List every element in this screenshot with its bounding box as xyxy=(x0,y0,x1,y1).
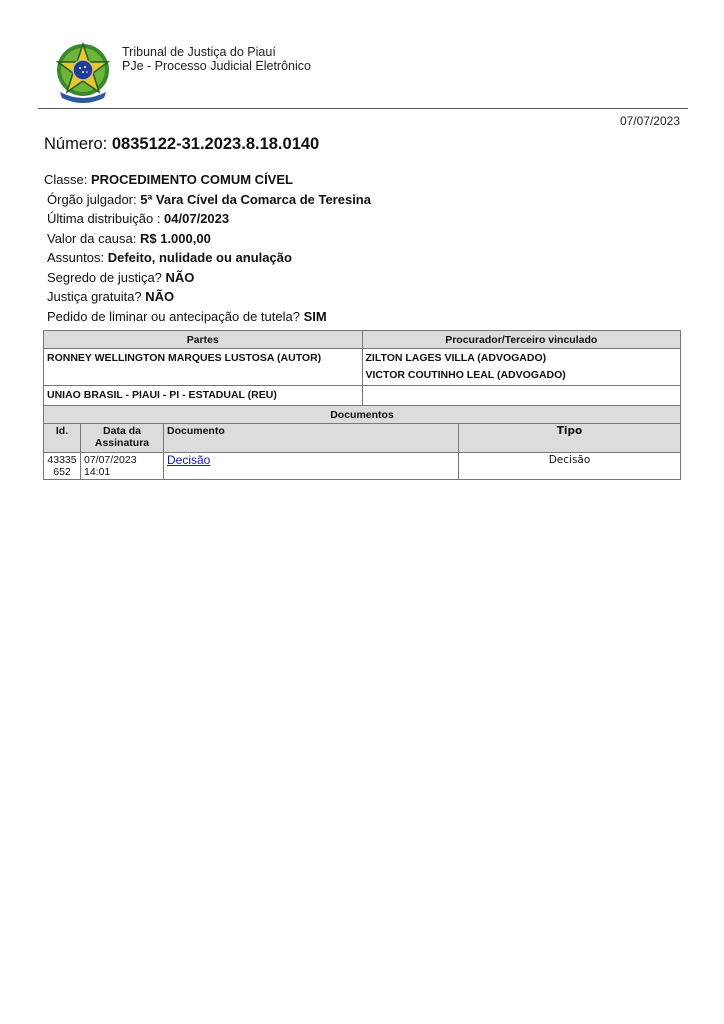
field-pedido-liminar: Pedido de liminar ou antecipação de tute… xyxy=(44,307,371,327)
procurador-cell xyxy=(362,386,681,406)
field-label: Última distribuição : xyxy=(47,211,164,226)
field-label: Órgão julgador: xyxy=(47,192,140,207)
field-segredo-justica: Segredo de justiça? NÃO xyxy=(44,268,371,288)
tipo-header: Tipo xyxy=(459,424,681,453)
procurador-cell: ZILTON LAGES VILLA (ADVOGADO) VICTOR COU… xyxy=(362,349,681,386)
field-ultima-distribuicao: Última distribuição : 04/07/2023 xyxy=(44,209,371,229)
field-value: 04/07/2023 xyxy=(164,211,229,226)
system-name: PJe - Processo Judicial Eletrônico xyxy=(122,59,311,73)
process-fields: Classe: PROCEDIMENTO COMUM CÍVEL Órgão j… xyxy=(44,170,371,326)
id-cell: 43335 652 xyxy=(44,453,81,480)
table-row: RONNEY WELLINGTON MARQUES LUSTOSA (AUTOR… xyxy=(44,349,681,386)
field-label: Segredo de justiça? xyxy=(47,270,166,285)
field-label: Justiça gratuita? xyxy=(47,289,145,304)
field-value: NÃO xyxy=(145,289,174,304)
process-number-label: Número: xyxy=(44,135,112,153)
documentos-title-row: Documentos xyxy=(44,406,681,424)
field-value: NÃO xyxy=(166,270,195,285)
header-divider xyxy=(38,108,688,109)
field-classe: Classe: PROCEDIMENTO COMUM CÍVEL xyxy=(44,170,371,190)
procurador-name: VICTOR COUTINHO LEAL (ADVOGADO) xyxy=(366,367,678,384)
table-row: UNIAO BRASIL - PIAUI - PI - ESTADUAL (RE… xyxy=(44,386,681,406)
parte-cell: RONNEY WELLINGTON MARQUES LUSTOSA (AUTOR… xyxy=(44,349,363,386)
documentos-table: Documentos Id. Data da Assinatura Docume… xyxy=(43,405,681,480)
partes-header-row: Partes Procurador/Terceiro vinculado xyxy=(44,331,681,349)
partes-header: Partes xyxy=(44,331,363,349)
field-value: Defeito, nulidade ou anulação xyxy=(108,250,292,265)
data-header: Data da Assinatura xyxy=(81,424,164,453)
court-name: Tribunal de Justiça do Piauí xyxy=(122,45,311,59)
field-valor-causa: Valor da causa: R$ 1.000,00 xyxy=(44,229,371,249)
print-date: 07/07/2023 xyxy=(620,114,680,128)
documento-header: Documento xyxy=(164,424,459,453)
institution-name: Tribunal de Justiça do Piauí PJe - Proce… xyxy=(122,45,311,73)
documentos-title: Documentos xyxy=(44,406,681,424)
data-cell: 07/07/2023 14:01 xyxy=(81,453,164,480)
documento-link[interactable]: Decisão xyxy=(167,453,210,467)
field-value: 5ª Vara Cível da Comarca de Teresina xyxy=(140,192,371,207)
field-value: SIM xyxy=(304,309,327,324)
parte-cell: UNIAO BRASIL - PIAUI - PI - ESTADUAL (RE… xyxy=(44,386,363,406)
documentos-header-row: Id. Data da Assinatura Documento Tipo xyxy=(44,424,681,453)
brazil-coat-of-arms-icon xyxy=(52,40,114,106)
field-label: Valor da causa: xyxy=(47,231,140,246)
procurador-header: Procurador/Terceiro vinculado xyxy=(362,331,681,349)
field-label: Assuntos: xyxy=(47,250,108,265)
field-orgao-julgador: Órgão julgador: 5ª Vara Cível da Comarca… xyxy=(44,190,371,210)
field-label: Pedido de liminar ou antecipação de tute… xyxy=(47,309,304,324)
id-header: Id. xyxy=(44,424,81,453)
field-assuntos: Assuntos: Defeito, nulidade ou anulação xyxy=(44,248,371,268)
process-number: Número: 0835122-31.2023.8.18.0140 xyxy=(44,135,319,154)
table-row: 43335 652 07/07/2023 14:01 Decisão Decis… xyxy=(44,453,681,480)
procurador-name: ZILTON LAGES VILLA (ADVOGADO) xyxy=(366,350,678,367)
field-value: R$ 1.000,00 xyxy=(140,231,211,246)
partes-table: Partes Procurador/Terceiro vinculado RON… xyxy=(43,330,681,406)
documento-cell: Decisão xyxy=(164,453,459,480)
field-justica-gratuita: Justiça gratuita? NÃO xyxy=(44,287,371,307)
process-number-value: 0835122-31.2023.8.18.0140 xyxy=(112,135,319,153)
field-value: PROCEDIMENTO COMUM CÍVEL xyxy=(91,172,293,187)
document-header: Tribunal de Justiça do Piauí PJe - Proce… xyxy=(40,38,688,108)
field-label: Classe: xyxy=(44,172,91,187)
tipo-cell: Decisão xyxy=(459,453,681,480)
